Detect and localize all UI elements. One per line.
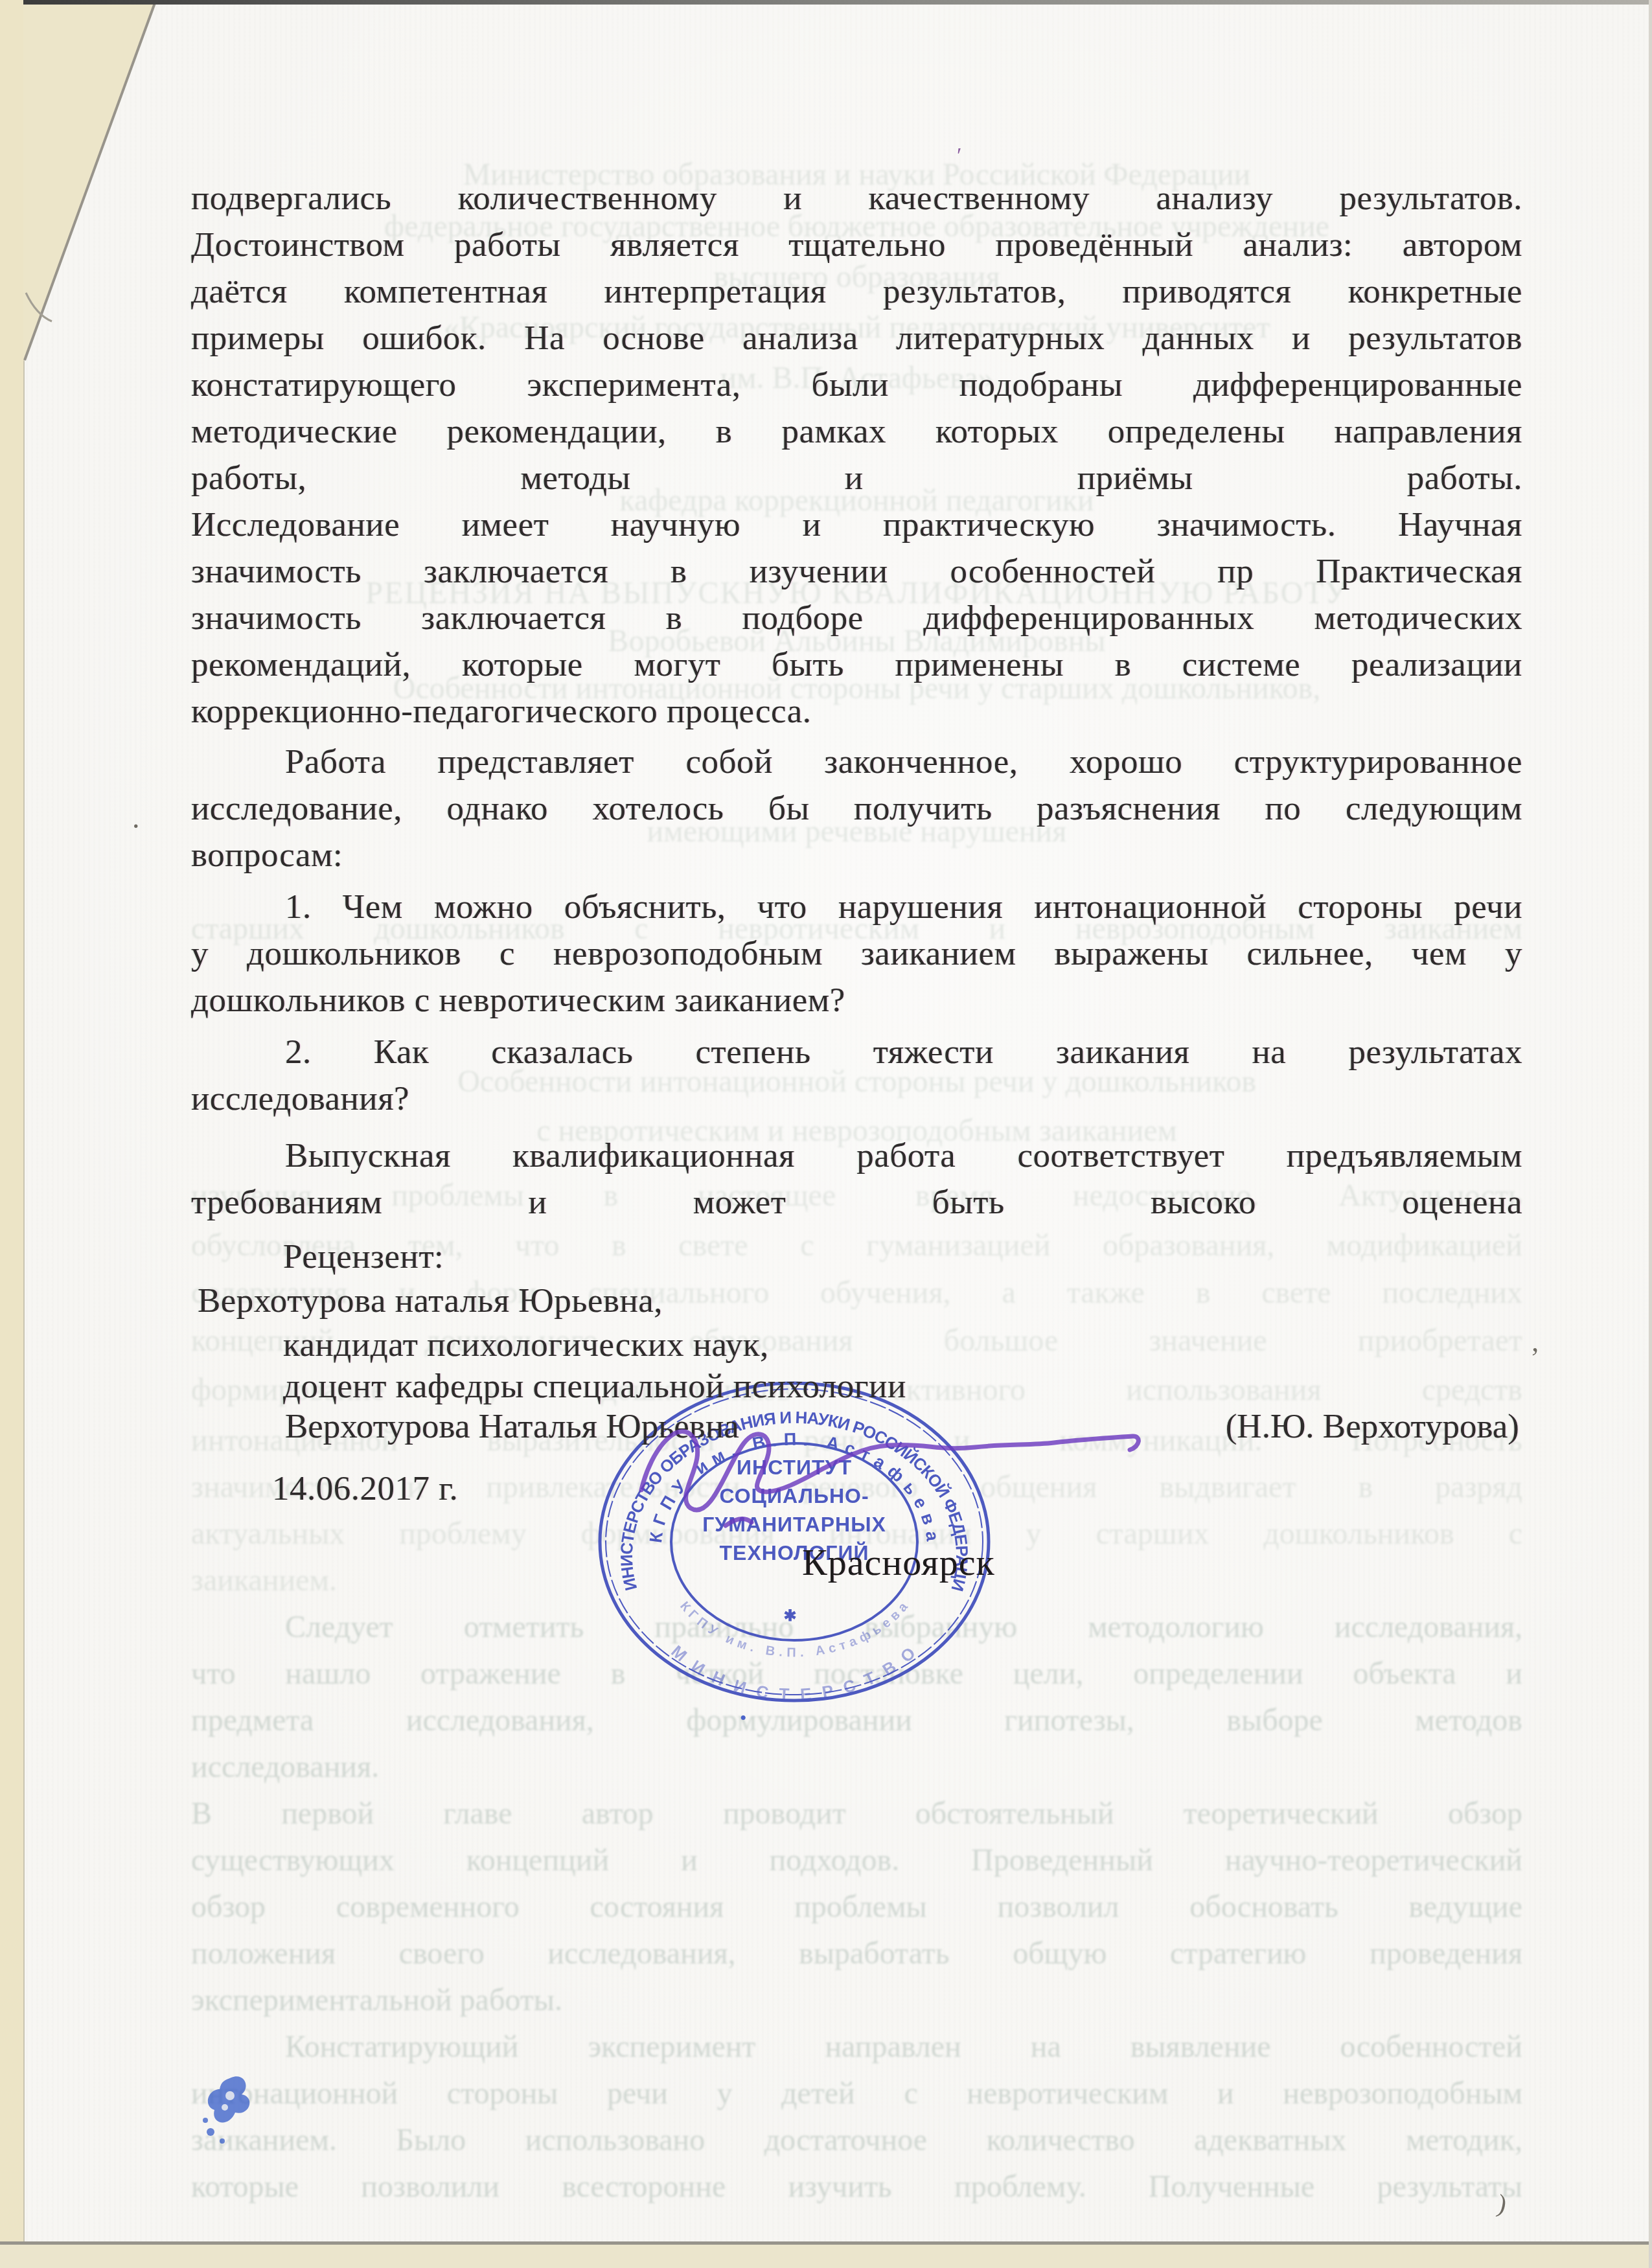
text-line: исследование, однако хотелось бы получит…: [191, 790, 1522, 827]
speck-quote: ’: [1530, 1341, 1540, 1374]
stamp-star-icon: ✱: [783, 1607, 797, 1625]
text-line: кандидат психологических наук,: [283, 1327, 769, 1364]
text-line: исследования?: [191, 1081, 1522, 1117]
ink-smudge: [191, 2070, 288, 2154]
ghost-line: экспериментальной работы.: [191, 1982, 1522, 2018]
ghost-line: положения своего исследования, выработат…: [191, 1936, 1522, 1971]
page-edge-top: [23, 0, 1652, 5]
text-line: значимость заключается в подборе диффере…: [191, 600, 1522, 637]
ghost-line: В первой главе автор проводит обстоятель…: [191, 1796, 1522, 1831]
text-line: значимость заключается в изучении особен…: [191, 553, 1522, 590]
text-line: дошкольников с невротическим заиканием?: [191, 982, 1522, 1019]
text-line: Достоинством работы является тщательно п…: [191, 227, 1522, 264]
handwritten-signature: [609, 1386, 1153, 1555]
speck-dot: .: [132, 801, 140, 835]
text-line: 14.06.2017 г.: [272, 1471, 458, 1507]
text-line: рекомендаций, которые могут быть примене…: [191, 647, 1522, 683]
scanned-page: Министерство образования и науки Российс…: [0, 0, 1652, 2268]
scanner-left-margin: [0, 0, 25, 2268]
text-line: работы, методы и приёмы работы.: [191, 460, 1522, 497]
ghost-line: обзор современного состояния проблемы по…: [191, 1889, 1522, 1925]
text-line: Верхотурова наталья Юрьевна,: [198, 1283, 663, 1320]
text-line: вопросам:: [191, 837, 1522, 874]
text-line: коррекционно-педагогического процесса.: [191, 693, 1522, 730]
text-line: требованиям и может быть высоко оценена: [191, 1184, 1522, 1221]
text-line: Рецензент:: [283, 1239, 444, 1276]
scanner-bottom-margin: [0, 2245, 1652, 2268]
page-edge-right: [1649, 0, 1652, 2268]
text-line: у дошкольников с неврозоподобным заикани…: [191, 935, 1522, 972]
corner-fold-edge: [23, 0, 161, 367]
text-line: Работа представляет собой законченное, х…: [191, 744, 1522, 781]
ghost-line: существующих концепций и подходов. Прове…: [191, 1842, 1522, 1878]
text-line: Выпускная квалификационная работа соотве…: [191, 1138, 1522, 1174]
ghost-line: Констатирующий эксперимент направлен на …: [191, 2029, 1522, 2065]
text-line: подвергались количественному и качествен…: [191, 180, 1522, 217]
speck-blue-dot: •: [740, 1708, 747, 1730]
reviewer-initials: (Н.Ю. Верхотурова): [1226, 1407, 1519, 1446]
ghost-line: исследования.: [191, 1749, 1522, 1785]
ghost-line: заиканием. Было использовано достаточное…: [191, 2122, 1522, 2158]
text-line: 2. Как сказалась степень тяжести заикани…: [191, 1034, 1522, 1071]
text-line: 1. Чем можно объяснить, что нарушения ин…: [191, 889, 1522, 926]
text-line: методические рекомендации, в рамках кото…: [191, 413, 1522, 450]
ghost-line: интонационной стороны речи у детей с нев…: [191, 2076, 1522, 2111]
text-line: Исследование имеет научную и практическу…: [191, 507, 1522, 544]
text-line: констатирующего эксперимента, были подоб…: [191, 367, 1522, 404]
ghost-line: которые позволили всесторонне изучить пр…: [191, 2169, 1522, 2205]
text-line: даётся компетентная интерпретация резуль…: [191, 273, 1522, 310]
speck-tick: ′: [957, 144, 961, 168]
text-line: примеры ошибок. На основе анализа литера…: [191, 320, 1522, 357]
